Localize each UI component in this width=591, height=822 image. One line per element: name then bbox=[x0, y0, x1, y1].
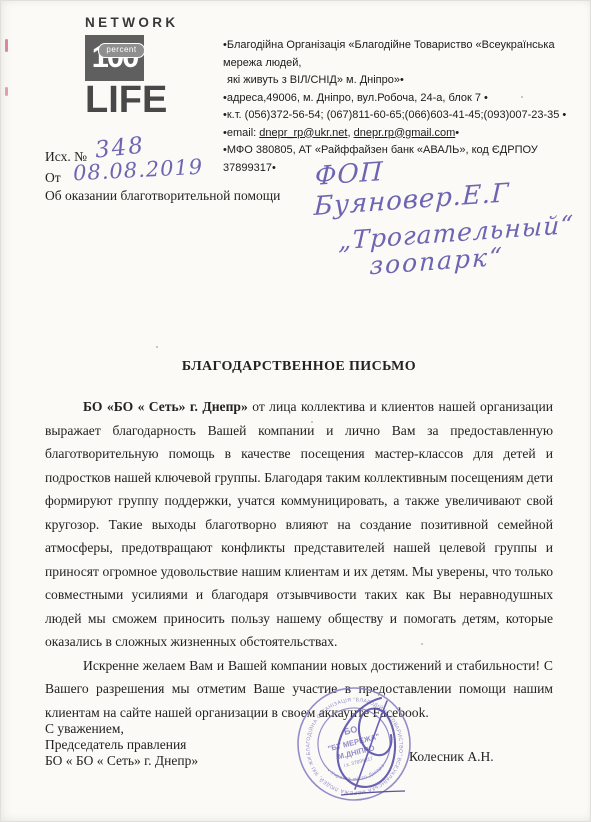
subject-line: Об оказании благотворительной помощи bbox=[45, 187, 280, 205]
logo-percent-badge: percent bbox=[98, 43, 145, 58]
scan-speck bbox=[421, 643, 423, 645]
email-line: •email: dnepr_rp@ukr.net, dnepr.rp@gmail… bbox=[223, 125, 585, 143]
date-row: От 08.08.2019 bbox=[45, 169, 280, 187]
date-handwritten: 08.08.2019 bbox=[73, 158, 204, 183]
signoff-regards: С уважением, bbox=[45, 721, 198, 737]
email-label: •email: bbox=[223, 127, 259, 139]
signoff-position: Председатель правления bbox=[45, 737, 198, 753]
org-name-line-1: •Благодійна Організація «Благодійне Това… bbox=[223, 37, 585, 72]
scan-speck bbox=[521, 96, 523, 98]
scan-speck bbox=[156, 346, 158, 348]
logo-life-text: LIFE bbox=[85, 82, 195, 118]
pen-signature bbox=[325, 691, 413, 805]
address-line: •адреса,49006, м. Дніпро, вул.Робоча, 24… bbox=[223, 90, 585, 108]
letter-title: БЛАГОДАРСТВЕННОЕ ПИСЬМО bbox=[45, 359, 553, 375]
logo-network-text: NETWORK bbox=[85, 15, 195, 30]
scan-mark-pink-1 bbox=[5, 39, 8, 52]
outgoing-number-handwritten: 348 bbox=[94, 136, 146, 159]
scan-mark-pink-2 bbox=[5, 87, 8, 96]
phones-line: •к.т. (056)372-56-54; (067)811-60-65;(06… bbox=[223, 107, 585, 125]
reference-block: Исх. № 348 От 08.08.2019 Об оказании бла… bbox=[45, 148, 280, 205]
signoff-org: БО « БО « Сеть» г. Днепр» bbox=[45, 753, 198, 769]
signer-name: Колесник А.Н. bbox=[409, 749, 494, 765]
org-logo: NETWORK 100 percent LIFE bbox=[85, 15, 195, 118]
email-link-ukrnet[interactable]: dnepr_rp@ukr.net bbox=[259, 127, 347, 139]
paragraph-1-lead: БО «БО « Сеть» г. Днепр» bbox=[83, 399, 248, 414]
handwritten-addressee-note: ФОП Буяновер.Е.Г „Трогательный“ зоопарк“ bbox=[311, 144, 575, 285]
logo-100-block: 100 percent bbox=[85, 35, 144, 81]
scanned-letter-page: NETWORK 100 percent LIFE •Благодійна Орг… bbox=[0, 0, 591, 822]
email-link-gmail[interactable]: dnepr.rp@gmail.com bbox=[354, 127, 456, 139]
scan-speck bbox=[311, 421, 313, 423]
org-name-line-2: які живуть з ВІЛ/СНІД» м. Дніпро»• bbox=[223, 72, 585, 90]
signoff-block: С уважением, Председатель правления БО «… bbox=[45, 721, 198, 769]
scan-speck bbox=[63, 691, 65, 693]
paragraph-1: БО «БО « Сеть» г. Днепр» от лица коллект… bbox=[45, 395, 553, 654]
paragraph-1-text: от лица коллектива и клиентов нашей орга… bbox=[45, 399, 553, 649]
date-label: От bbox=[45, 170, 61, 185]
letter-body: БО «БО « Сеть» г. Днепр» от лица коллект… bbox=[45, 395, 553, 724]
email-line-bullet: • bbox=[455, 127, 459, 139]
